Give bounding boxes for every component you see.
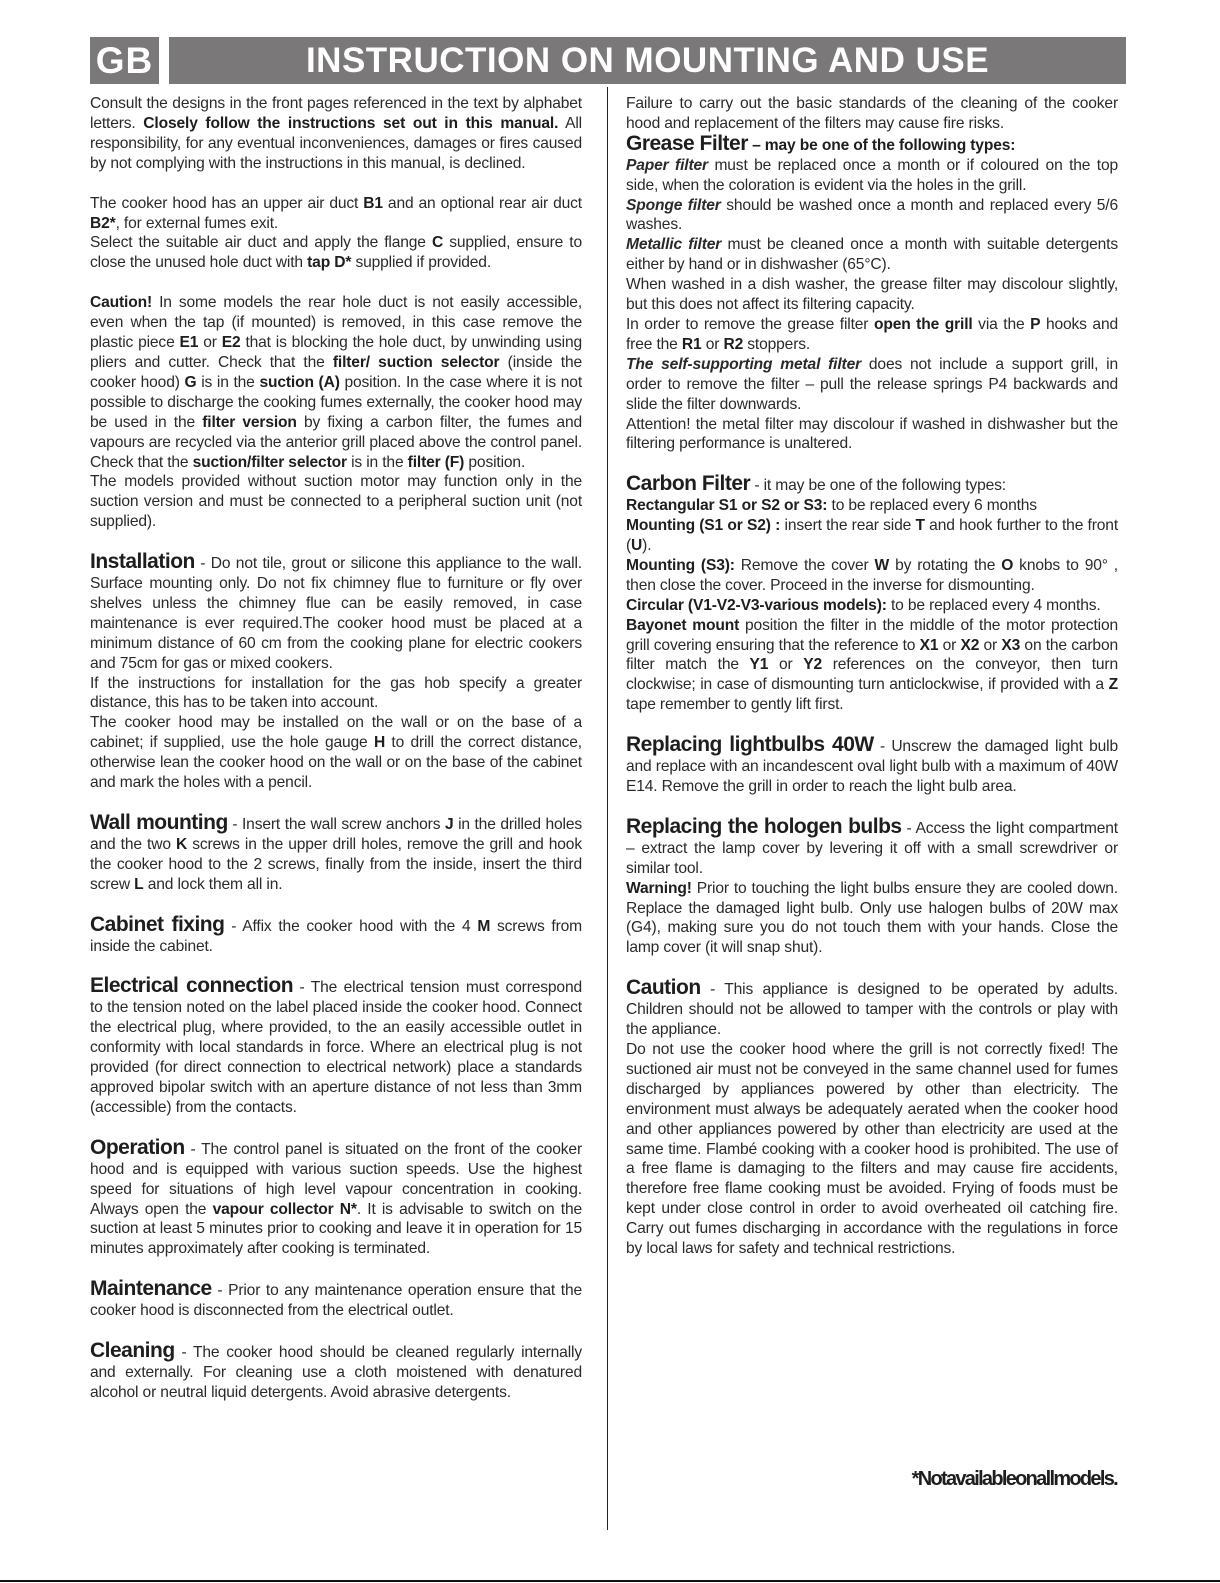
text-span: supplied if provided. [351, 254, 491, 271]
text-span: Bayonet mount [626, 617, 739, 634]
bayonet-mount: Bayonet mount position the filter in the… [626, 616, 1118, 716]
installation-gas-hob: If the instructions for installation for… [90, 674, 582, 714]
text-span: and an optional rear air duct [383, 195, 582, 212]
text-span: vapour collector N* [213, 1201, 357, 1218]
caution-paragraph: Caution! In some models the rear hole du… [90, 293, 582, 472]
metallic-filter: Metallic filter must be cleaned once a m… [626, 235, 1118, 275]
dishwasher-note: When washed in a dish washer, the grease… [626, 275, 1118, 315]
text-span: O [1001, 557, 1013, 574]
text-span: insert the rear side [780, 517, 915, 534]
attention-note: Attention! the metal filter may discolou… [626, 415, 1118, 455]
flange-paragraph: Select the suitable air duct and apply t… [90, 233, 582, 273]
lightbulbs-section: Replacing lightbulbs 40W - Unscrew the d… [626, 735, 1118, 797]
text-span: X1 [920, 637, 939, 654]
text-span: Metallic filter [626, 236, 721, 253]
text-span: - it may be one of the following types: [750, 477, 1006, 494]
text-span: or [768, 656, 803, 673]
text-span: suction/filter selector [193, 454, 347, 471]
text-span: Rectangular S1 or S2 or S3: [626, 497, 827, 514]
text-span: filter version [202, 414, 297, 431]
text-span: suction (A) [259, 374, 339, 391]
text-span: R1 [682, 336, 702, 353]
grease-filter-heading-line: Grease Filter – may be one of the follow… [626, 134, 1118, 156]
text-span: or [979, 637, 1001, 654]
text-span: Prior to touching the light bulbs ensure… [626, 880, 1118, 957]
electrical-heading: Electrical connection [90, 974, 293, 997]
text-span: W [875, 557, 890, 574]
suction-motor-paragraph: The models provided without suction moto… [90, 472, 582, 532]
mounting-s3: Mounting (S3): Remove the cover W by rot… [626, 556, 1118, 596]
text-span: - Insert the wall screw anchors [228, 816, 445, 833]
text-span: Y1 [750, 656, 769, 673]
text-span: - The electrical tension must correspond… [90, 979, 582, 1115]
text-span: Select the suitable air duct and apply t… [90, 234, 432, 251]
text-span: B1 [363, 195, 383, 212]
text-span: or [702, 336, 724, 353]
caution-heading: Caution [626, 976, 701, 999]
text-span: via the [973, 316, 1031, 333]
cabinet-fixing-heading: Cabinet fixing [90, 913, 224, 936]
column-divider [607, 87, 608, 1530]
text-span: R2 [723, 336, 743, 353]
text-span: Warning! [626, 880, 692, 897]
text-span: The cooker hood has an upper air duct [90, 195, 363, 212]
paper-filter: Paper filter must be replaced once a mon… [626, 156, 1118, 196]
text-span: H [374, 734, 385, 751]
text-span: filter/ suction selector [333, 354, 500, 371]
remove-grease-filter: In order to remove the grease filter ope… [626, 315, 1118, 355]
text-span: is in the [196, 374, 259, 391]
availability-footnote: *Notavailableonallmodels. [820, 1468, 1117, 1491]
maintenance-section: Maintenance - Prior to any maintenance o… [90, 1279, 582, 1321]
text-span: to be replaced every 6 months [827, 497, 1037, 514]
text-span: is in the [347, 454, 408, 471]
cabinet-fixing-section: Cabinet fixing - Affix the cooker hood w… [90, 915, 582, 957]
caution-section: Caution - This appliance is designed to … [626, 978, 1118, 1040]
text-span: P [1030, 316, 1040, 333]
lightbulbs-heading: Replacing lightbulbs 40W [626, 733, 874, 756]
text-span: filter (F) [408, 454, 465, 471]
text-span: C [432, 234, 443, 251]
text-span: L [134, 876, 143, 893]
text-span: position. [464, 454, 525, 471]
text-span: M [477, 918, 490, 935]
grease-filter-heading: Grease Filter [626, 132, 748, 155]
wall-mounting-heading: Wall mounting [90, 811, 228, 834]
text-span: - This appliance is designed to be opera… [626, 981, 1118, 1038]
text-span: stoppers. [743, 336, 810, 353]
text-span: Sponge filter [626, 197, 721, 214]
text-span: U [631, 537, 642, 554]
page-header: GB INSTRUCTION ON MOUNTING AND USE [90, 37, 1126, 84]
text-span: E2 [222, 334, 241, 351]
self-supporting-filter: The self-supporting metal filter does no… [626, 355, 1118, 415]
circular-filter: Circular (V1-V2-V3-various models): to b… [626, 596, 1118, 616]
caution-details: Do not use the cooker hood where the gri… [626, 1040, 1118, 1259]
text-span: , for external fumes exit. [116, 215, 279, 232]
text-span: ). [642, 537, 651, 554]
text-span: T [915, 517, 924, 534]
operation-section: Operation - The control panel is situate… [90, 1138, 582, 1259]
page-title: INSTRUCTION ON MOUNTING AND USE [169, 37, 1126, 84]
left-column: Consult the designs in the front pages r… [90, 94, 582, 1403]
operation-heading: Operation [90, 1136, 185, 1159]
text-span: open the grill [874, 316, 973, 333]
text-span: Caution! [90, 294, 152, 311]
mounting-s1-s2: Mounting (S1 or S2) : insert the rear si… [626, 516, 1118, 556]
halogen-warning: Warning! Prior to touching the light bul… [626, 879, 1118, 959]
electrical-section: Electrical connection - The electrical t… [90, 976, 582, 1117]
sponge-filter: Sponge filter should be washed once a mo… [626, 196, 1118, 236]
text-span: G [185, 374, 197, 391]
text-span: Mounting (S3): [626, 557, 735, 574]
cleaning-heading: Cleaning [90, 1339, 175, 1362]
language-badge: GB [90, 37, 159, 84]
failure-paragraph: Failure to carry out the basic standards… [626, 94, 1118, 134]
text-span: or [938, 637, 960, 654]
carbon-filter-heading: Carbon Filter [626, 472, 750, 495]
text-span: tape remember to gently lift first. [626, 696, 843, 713]
text-span: or [198, 334, 221, 351]
text-span: Circular (V1-V2-V3-various models): [626, 597, 887, 614]
text-span: Paper filter [626, 157, 708, 174]
halogen-section: Replacing the hologen bulbs - Access the… [626, 817, 1118, 879]
text-span: K [176, 836, 187, 853]
installation-section: Installation - Do not tile, grout or sil… [90, 552, 582, 673]
text-span: – may be one of the following types: [748, 137, 1015, 154]
carbon-filter-section: Carbon Filter - it may be one of the fol… [626, 474, 1118, 496]
text-span: and lock them all in. [144, 876, 283, 893]
right-column: Failure to carry out the basic standards… [626, 94, 1118, 1259]
maintenance-heading: Maintenance [90, 1277, 212, 1300]
intro-paragraph: Consult the designs in the front pages r… [90, 94, 582, 174]
cleaning-section: Cleaning - The cooker hood should be cle… [90, 1341, 582, 1403]
text-span: by rotating the [889, 557, 1001, 574]
text-span: - Affix the cooker hood with the 4 [224, 918, 477, 935]
text-span: Remove the cover [735, 557, 875, 574]
halogen-heading: Replacing the hologen bulbs [626, 815, 902, 838]
text-span: Closely follow the instructions set out … [143, 115, 558, 132]
text-span: to be replaced every 4 months. [887, 597, 1101, 614]
text-span: Mounting (S1 or S2) : [626, 517, 780, 534]
installation-cabinet: The cooker hood may be installed on the … [90, 713, 582, 793]
ducts-paragraph: The cooker hood has an upper air duct B1… [90, 194, 582, 234]
bottom-rule [0, 1580, 1220, 1582]
text-span: Y2 [803, 656, 822, 673]
installation-heading: Installation [90, 550, 195, 573]
text-span: In order to remove the grease filter [626, 316, 874, 333]
text-span: X3 [1001, 637, 1020, 654]
text-span: tap D* [307, 254, 351, 271]
text-span: B2* [90, 215, 116, 232]
text-span: The self-supporting metal filter [626, 356, 861, 373]
text-span: E1 [180, 334, 199, 351]
rectangular-filter: Rectangular S1 or S2 or S3: to be replac… [626, 496, 1118, 516]
text-span: X2 [960, 637, 979, 654]
text-span: Z [1109, 676, 1118, 693]
wall-mounting-section: Wall mounting - Insert the wall screw an… [90, 813, 582, 895]
